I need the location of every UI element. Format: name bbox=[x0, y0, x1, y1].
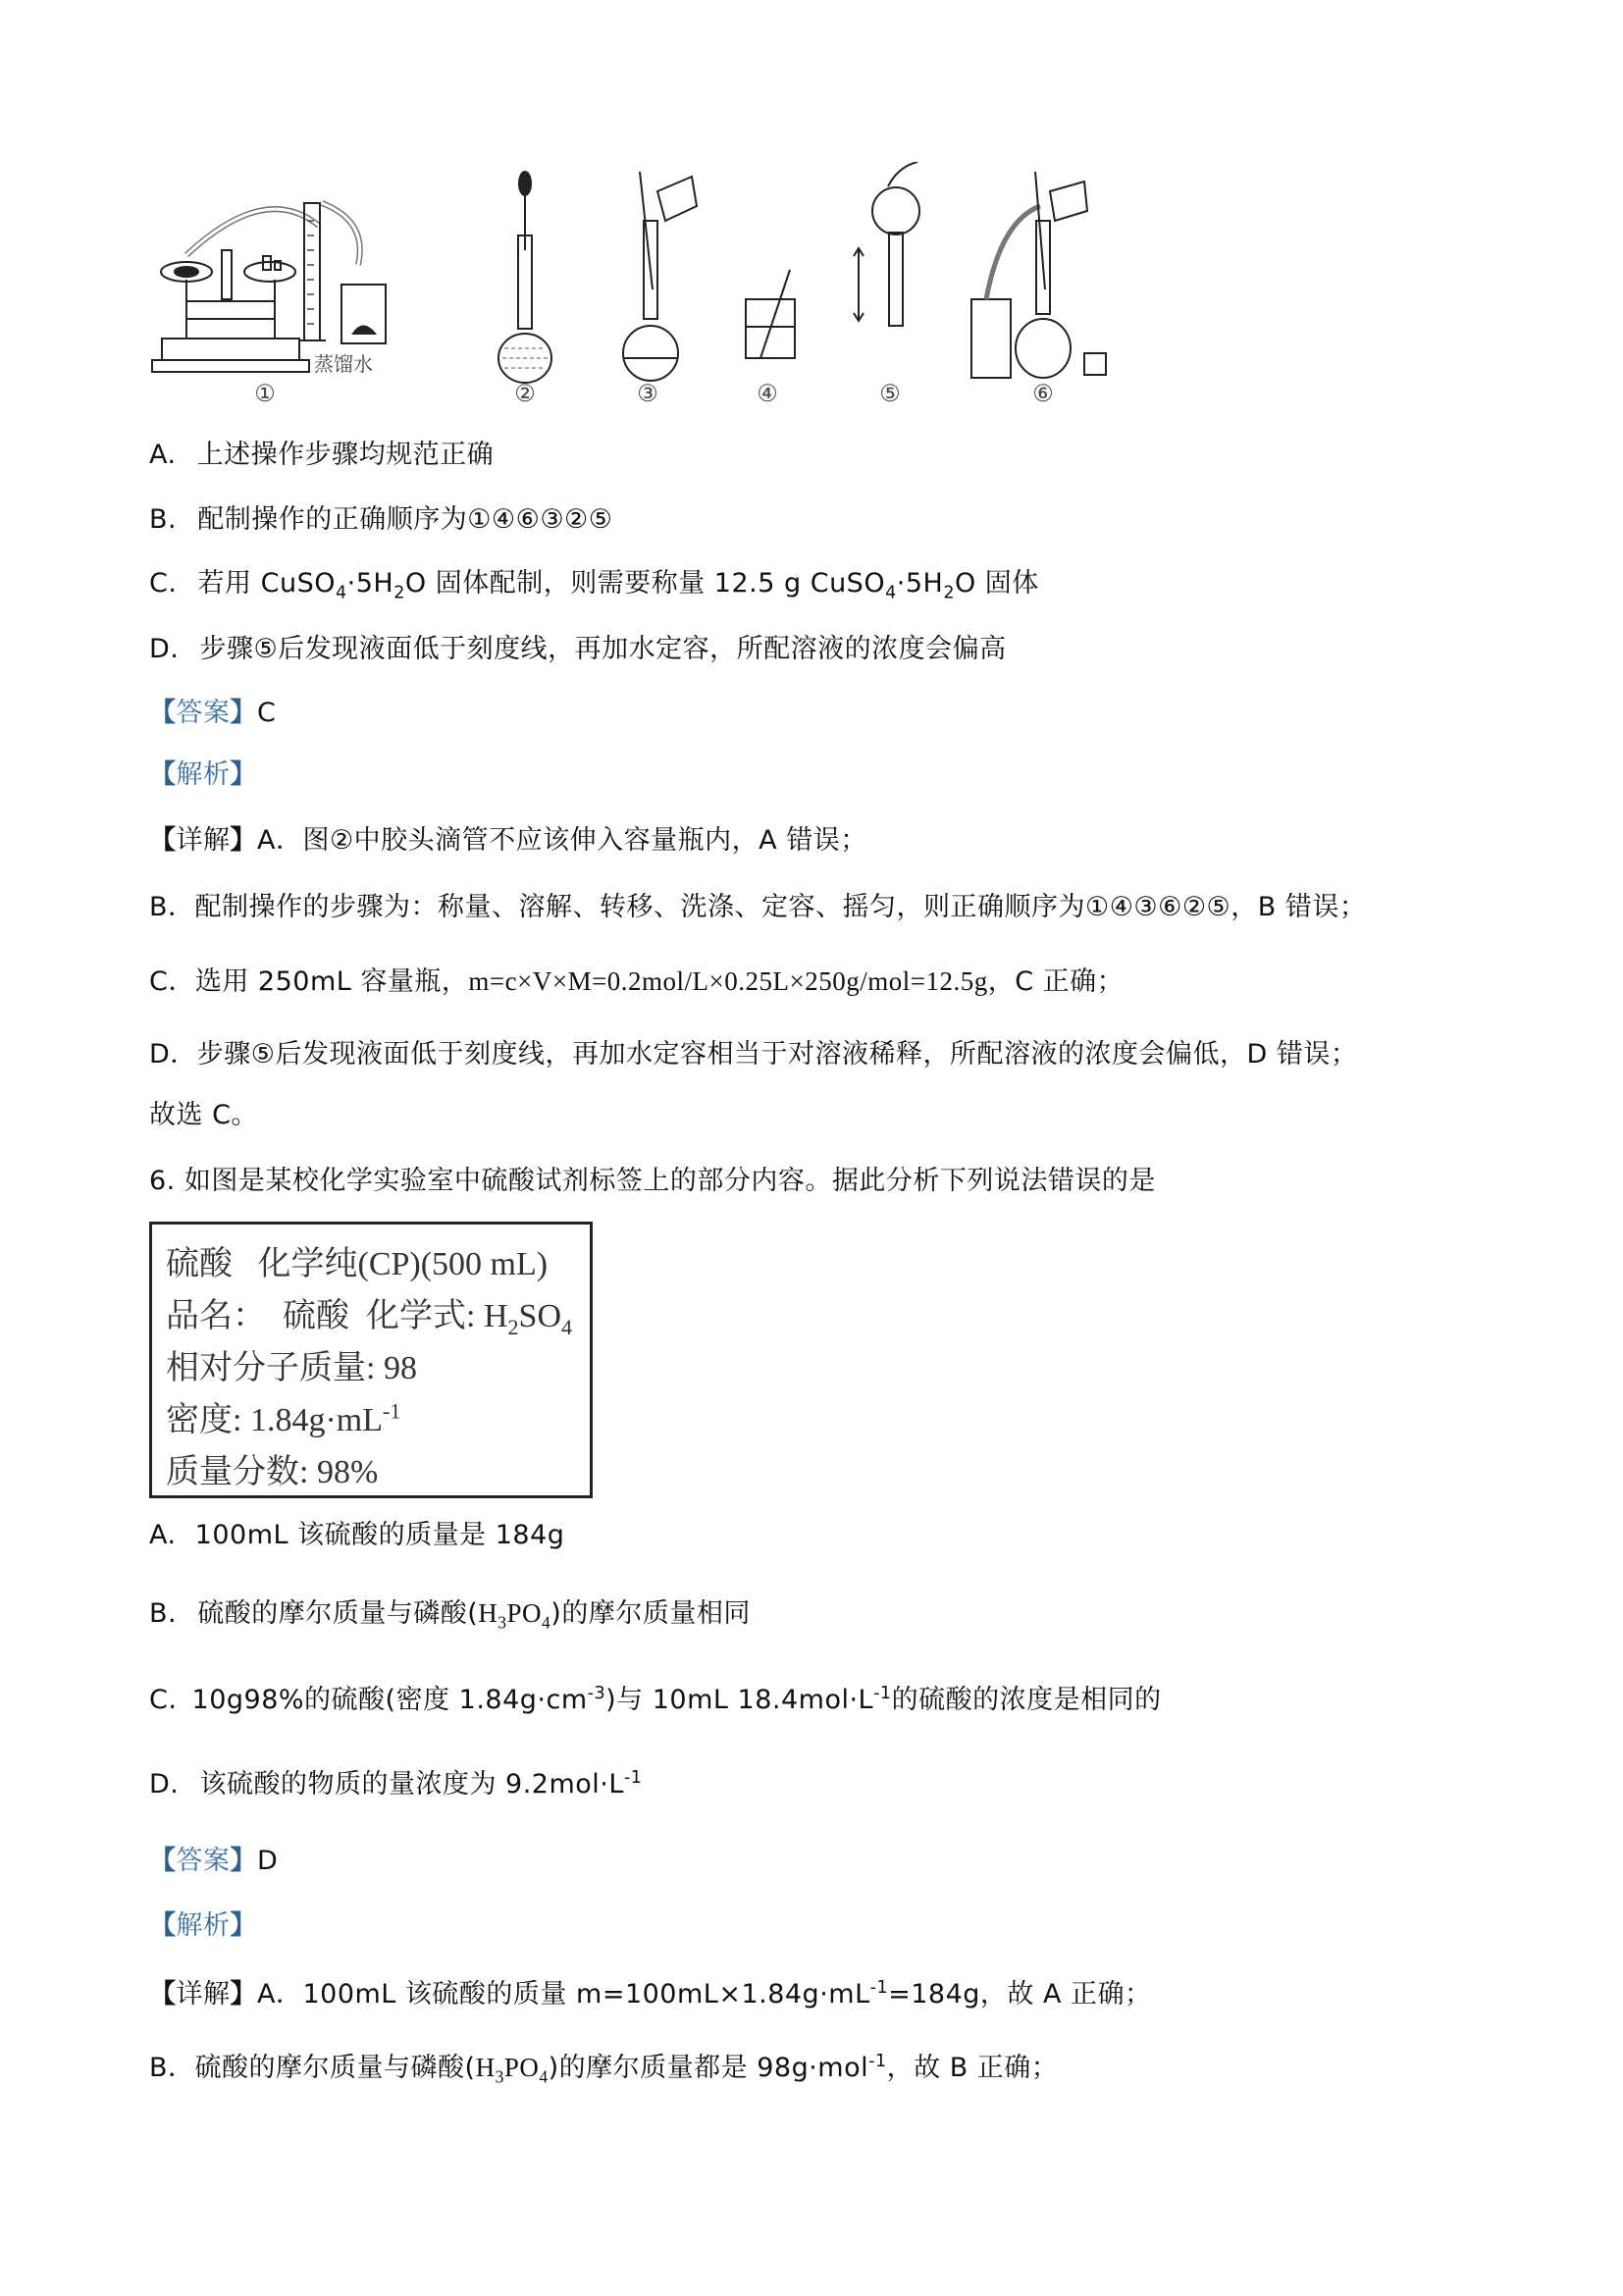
label-row-name: 品名： 硫酸 化学式: H2SO4 bbox=[166, 1290, 590, 1342]
inverting-flask-icon bbox=[849, 162, 927, 388]
figure-panel-5: ⑤ bbox=[849, 162, 927, 388]
transfer-wash-bottle-icon bbox=[962, 162, 1119, 388]
option-text: 步骤⑤后发现液面低于刻度线，再加水定容，所配溶液的浓度会偏高 bbox=[199, 634, 1006, 664]
q5-option-b: B. 配制操作的正确顺序为①④⑥③②⑤ bbox=[149, 503, 612, 537]
pouring-into-flask-icon bbox=[618, 162, 707, 388]
option-text: 若用 CuSO4·5H2O 固体配制，则需要称量 12.5 g CuSO4·5H… bbox=[198, 568, 1039, 599]
figure-panel-2: ② bbox=[491, 162, 559, 388]
label-row-title: 硫酸 化学纯(CP)(500 mL) bbox=[166, 1238, 590, 1290]
q5-detail-b: B．配制操作的步骤为：称量、溶解、转移、洗涤、定容、摇匀，则正确顺序为①④③⑥②… bbox=[149, 891, 1366, 924]
answer-value: C bbox=[257, 698, 276, 728]
q5-answer: 【答案】C bbox=[149, 697, 276, 730]
option-letter: B. bbox=[149, 1598, 177, 1629]
option-text: 上述操作步骤均规范正确 bbox=[197, 440, 495, 470]
q6-detail-a: 【详解】A．100mL 该硫酸的质量 m=100mL×1.84g·mL-1=18… bbox=[149, 1978, 1152, 2011]
option-text: 10g98%的硫酸(密度 1.84g·cm-3)与 10mL 18.4mol·L… bbox=[192, 1685, 1162, 1715]
figure-panel-4: ④ bbox=[736, 162, 805, 388]
figure-number-6: ⑥ bbox=[1023, 380, 1063, 407]
q5-detail-c: C．选用 250mL 容量瓶，m=c×V×M=0.2mol/L×0.25L×25… bbox=[149, 965, 1124, 999]
option-text: 硫酸的摩尔质量与磷酸(H3PO4)的摩尔质量相同 bbox=[197, 1598, 751, 1629]
figure-number-3: ③ bbox=[628, 380, 667, 407]
q5-detail-a: 【详解】A．图②中胶头滴管不应该伸入容量瓶内，A 错误； bbox=[149, 824, 867, 858]
option-letter: B. bbox=[149, 504, 177, 535]
answer-tag: 答案 bbox=[177, 1846, 231, 1876]
option-letter: C. bbox=[149, 1685, 177, 1715]
distilled-water-caption: 蒸馏水 bbox=[304, 348, 383, 377]
q5-option-c: C. 若用 CuSO4·5H2O 固体配制，则需要称量 12.5 g CuSO4… bbox=[149, 567, 1039, 600]
q6-option-c: C. 10g98%的硫酸(密度 1.84g·cm-3)与 10mL 18.4mo… bbox=[149, 1684, 1162, 1717]
option-text: 配制操作的正确顺序为①④⑥③②⑤ bbox=[197, 504, 612, 535]
volumetric-flask-dropper-icon bbox=[491, 162, 559, 388]
q5-analysis-heading: 【解析】 bbox=[149, 758, 257, 792]
option-letter: D. bbox=[149, 1769, 179, 1800]
option-letter: A. bbox=[149, 440, 177, 470]
figure-panel-3: ③ bbox=[618, 162, 707, 388]
analysis-tag: 解析 bbox=[177, 759, 231, 790]
option-letter: D. bbox=[149, 634, 179, 664]
q6-option-d: D. 该硫酸的物质的量浓度为 9.2mol·L-1 bbox=[149, 1768, 642, 1801]
q5-option-a: A. 上述操作步骤均规范正确 bbox=[149, 439, 494, 472]
figure-number-4: ④ bbox=[748, 380, 787, 407]
detail-tag: 详解 bbox=[177, 1979, 231, 2009]
q6-answer: 【答案】D bbox=[149, 1845, 278, 1878]
label-row-density: 密度: 1.84g·mL-1 bbox=[166, 1394, 590, 1446]
answer-tag: 答案 bbox=[177, 698, 231, 728]
option-letter: C. bbox=[149, 568, 177, 599]
option-letter: A. bbox=[149, 1520, 177, 1550]
q6-analysis-heading: 【解析】 bbox=[149, 1909, 257, 1943]
option-text: 100mL 该硫酸的质量是 184g bbox=[195, 1520, 565, 1550]
figure-number-1: ① bbox=[245, 380, 285, 407]
q6-option-a: A. 100mL 该硫酸的质量是 184g bbox=[149, 1519, 564, 1552]
q5-detail-d: D．步骤⑤后发现液面低于刻度线，再加水定容相当于对溶液稀释，所配溶液的浓度会偏低… bbox=[149, 1038, 1357, 1071]
figure-number-2: ② bbox=[505, 380, 545, 407]
stirring-beaker-icon bbox=[736, 162, 805, 388]
answer-value: D bbox=[257, 1846, 278, 1876]
figure-panel-6: ⑥ bbox=[962, 162, 1119, 388]
q6-option-b: B. 硫酸的摩尔质量与磷酸(H3PO4)的摩尔质量相同 bbox=[149, 1596, 751, 1631]
q5-option-d: D. 步骤⑤后发现液面低于刻度线，再加水定容，所配溶液的浓度会偏高 bbox=[149, 633, 1007, 666]
q6-detail-b: B．硫酸的摩尔质量与磷酸(H3PO4)的摩尔质量都是 98g·mol-1，故 B… bbox=[149, 2051, 1058, 2085]
label-row-mass-fraction: 质量分数: 98% bbox=[166, 1446, 590, 1498]
apparatus-figure: 蒸馏水 ① ② ③ bbox=[147, 162, 1276, 427]
q6-stem: 6. 如图是某校化学实验室中硫酸试剂标签上的部分内容。据此分析下列说法错误的是 bbox=[149, 1165, 1156, 1198]
figure-number-5: ⑤ bbox=[870, 380, 910, 407]
q5-conclusion: 故选 C。 bbox=[149, 1099, 258, 1132]
reagent-label-box: 硫酸 化学纯(CP)(500 mL) 品名： 硫酸 化学式: H2SO4 相对分… bbox=[149, 1222, 593, 1498]
figure-panel-1: 蒸馏水 ① bbox=[147, 162, 471, 397]
label-row-molar-mass: 相对分子质量: 98 bbox=[166, 1342, 590, 1394]
option-text: 该硫酸的物质的量浓度为 9.2mol·L-1 bbox=[199, 1769, 642, 1800]
detail-tag: 详解 bbox=[177, 825, 231, 856]
analysis-tag: 解析 bbox=[177, 1910, 231, 1941]
